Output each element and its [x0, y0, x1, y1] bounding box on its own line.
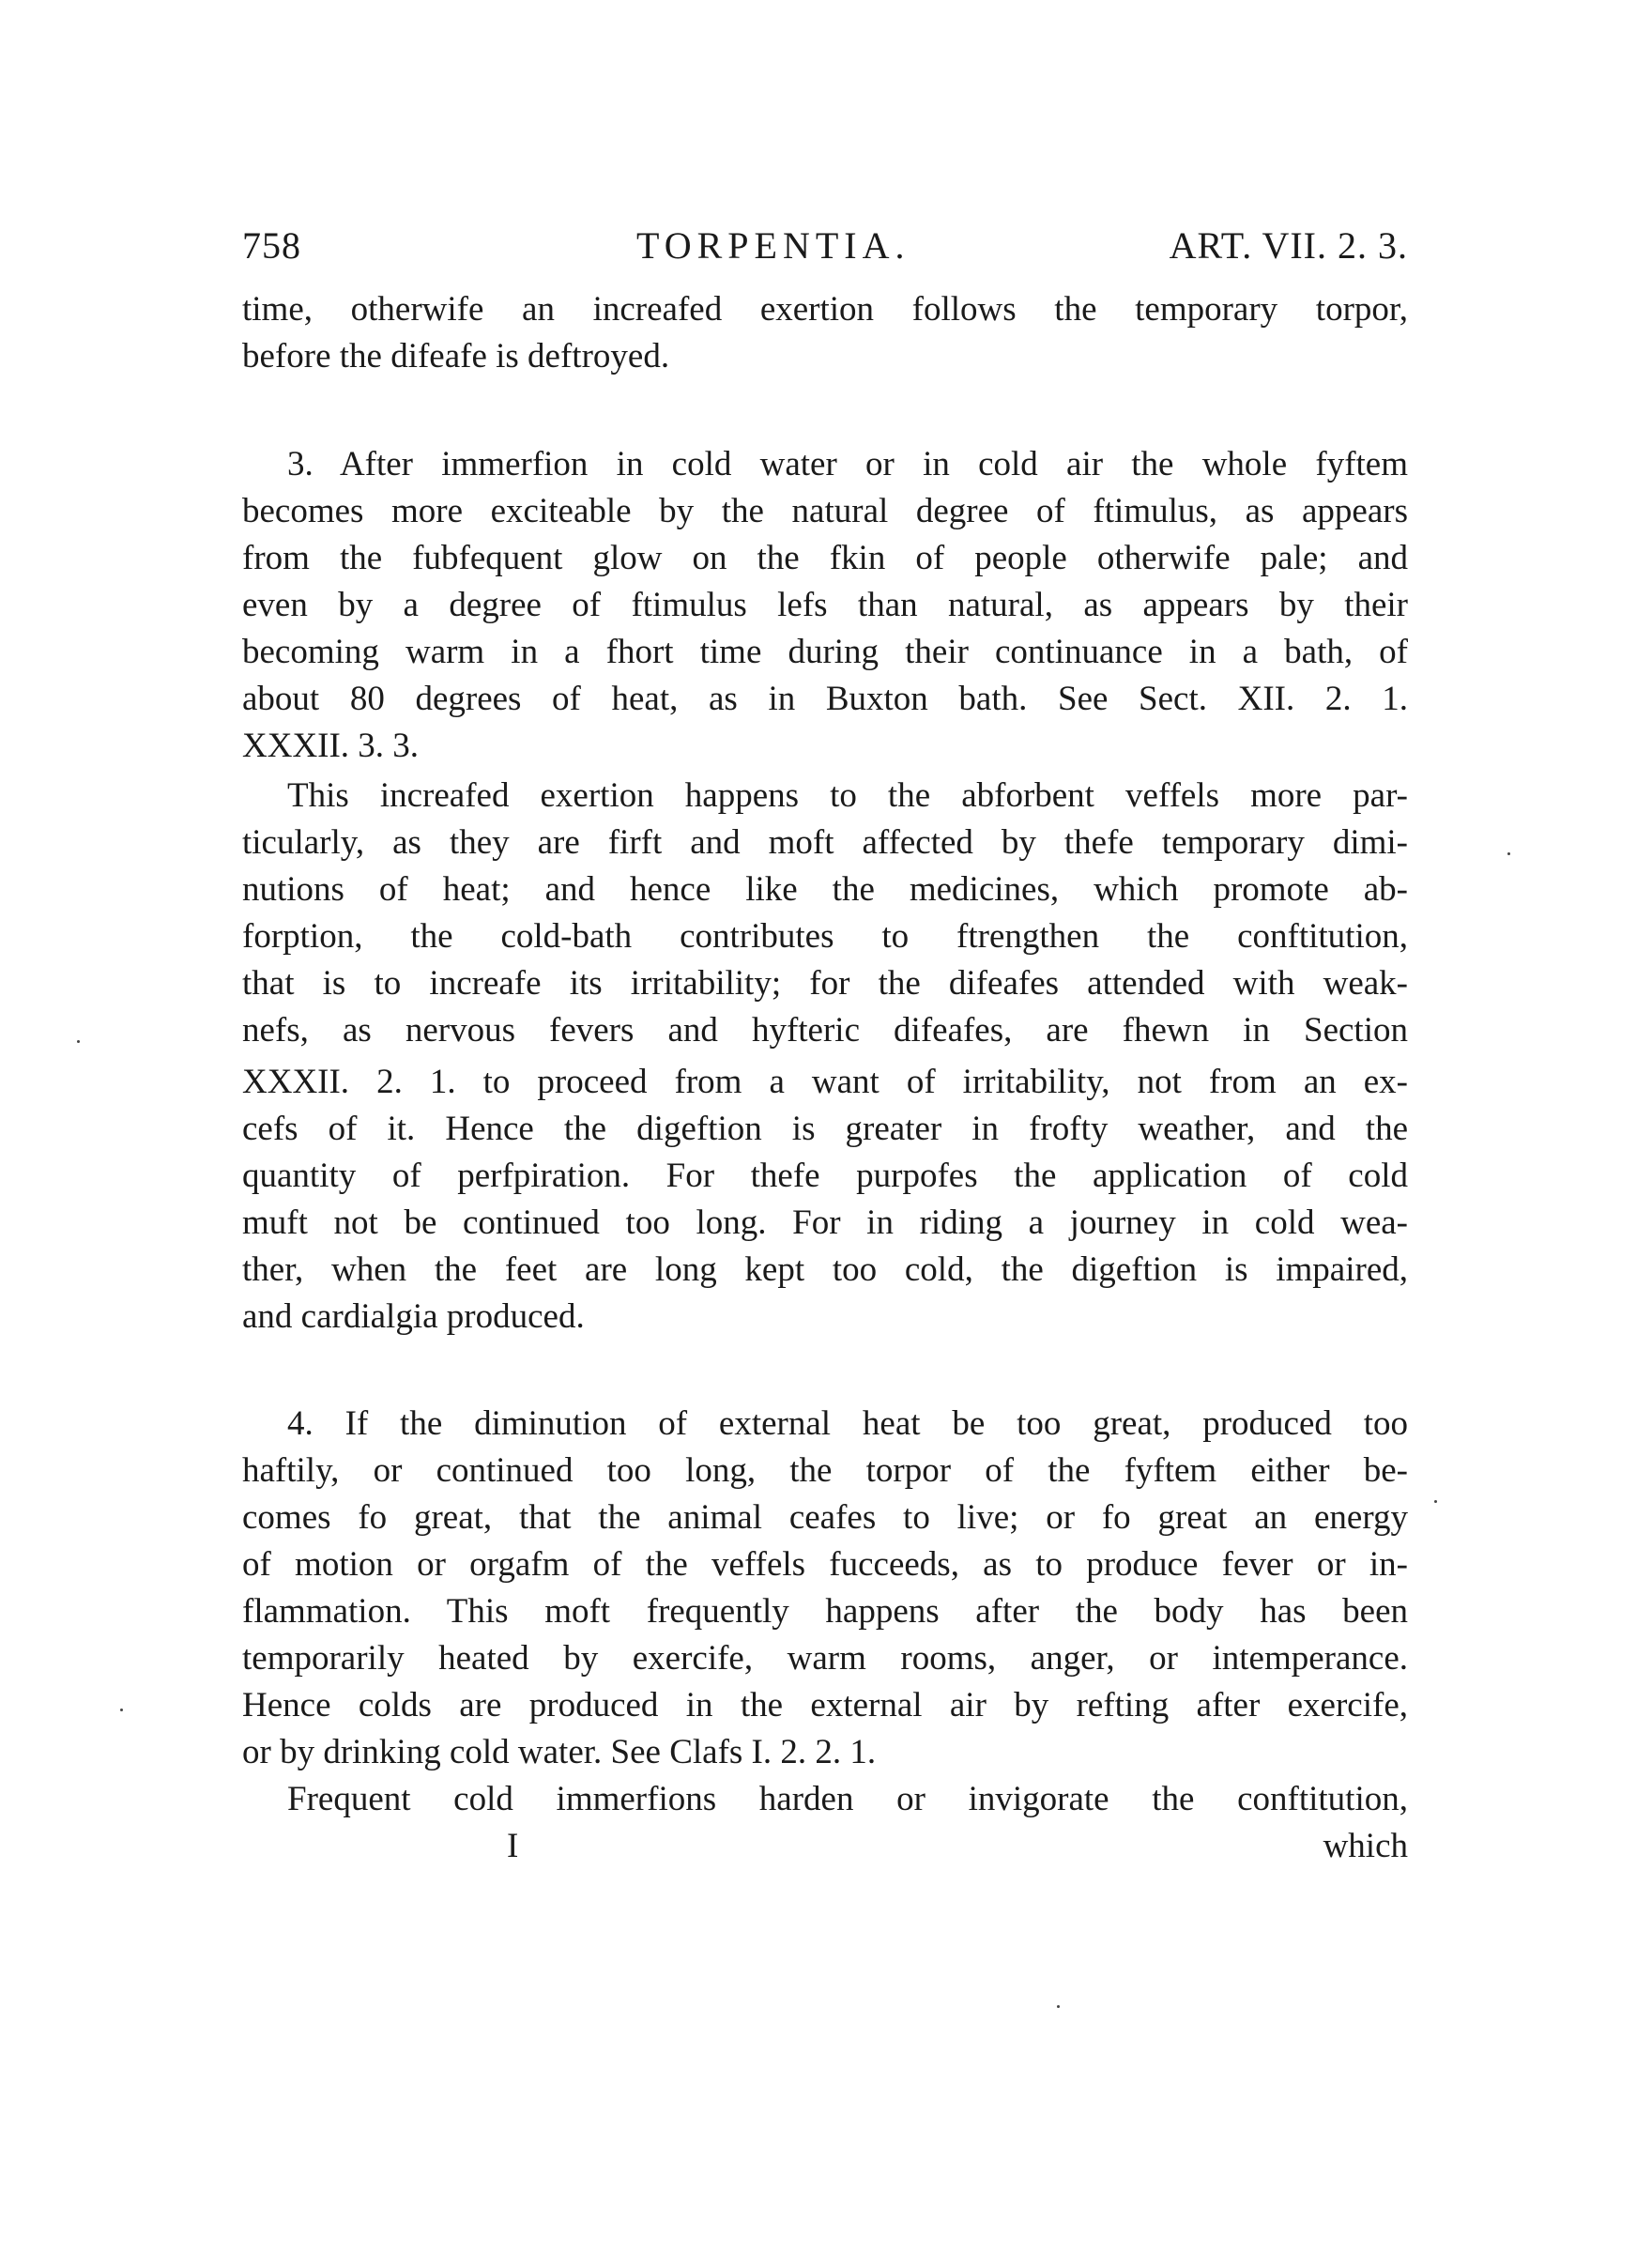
scan-speck [120, 1709, 123, 1711]
text-line: 3. After immerfion in cold water or in c… [242, 441, 1408, 488]
text-line: Hence colds are produced in the external… [242, 1682, 1408, 1729]
text-line: nutions of heat; and hence like the medi… [242, 866, 1408, 913]
text-line: and cardialgia produced. [242, 1294, 1408, 1341]
scan-speck [1507, 852, 1510, 855]
text-line: haftily, or continued too long, the torp… [242, 1448, 1408, 1494]
text-line: forption, the cold-bath contributes to f… [242, 913, 1408, 960]
text-line: XXXII. 3. 3. [242, 723, 1408, 770]
text-line: temporarily heated by exercife, warm roo… [242, 1635, 1408, 1682]
text-line: or by drinking cold water. See Clafs I. … [242, 1729, 1408, 1776]
text-line: ther, when the feet are long kept too co… [242, 1247, 1408, 1294]
text-line: time, otherwife an increafed exertion fo… [242, 286, 1408, 333]
text-line: muft not be continued too long. For in r… [242, 1200, 1408, 1247]
running-title: TORPENTIA. [636, 223, 910, 268]
text-line: that is to increafe its irritability; fo… [242, 960, 1408, 1007]
text-line: quantity of perfpiration. For thefe purp… [242, 1153, 1408, 1200]
text-line: of motion or orgafm of the veffels fucce… [242, 1541, 1408, 1588]
text-line: before the difeafe is deftroyed. [242, 333, 1408, 380]
signature-mark: I [507, 1823, 518, 1870]
text-line: even by a degree of ftimulus lefs than n… [242, 582, 1408, 629]
text-line: XXXII. 2. 1. to proceed from a want of i… [242, 1059, 1408, 1106]
text-line: This increafed exertion happens to the a… [242, 773, 1408, 820]
text-line: cefs of it. Hence the digeftion is great… [242, 1106, 1408, 1153]
page-number: 758 [242, 223, 301, 268]
text-line: ticularly, as they are firft and moft af… [242, 820, 1408, 866]
text-line: becoming warm in a fhort time during the… [242, 629, 1408, 676]
scan-speck [77, 1040, 80, 1043]
text-line: about 80 degrees of heat, as in Buxton b… [242, 676, 1408, 723]
scan-speck [1434, 1500, 1437, 1503]
text-line: flammation. This moft frequently happens… [242, 1588, 1408, 1635]
text-line: Frequent cold immerfions harden or invig… [242, 1776, 1408, 1823]
article-reference: ART. VII. 2. 3. [1170, 223, 1408, 268]
catchword: which [1323, 1823, 1408, 1870]
text-line: comes fo great, that the animal ceafes t… [242, 1494, 1408, 1541]
text-line: 4. If the diminution of external heat be… [242, 1401, 1408, 1448]
text-line: nefs, as nervous fevers and hyfteric dif… [242, 1007, 1408, 1054]
running-head: 758 TORPENTIA. ART. VII. 2. 3. [242, 223, 1408, 280]
scan-speck [1057, 2005, 1060, 2008]
text-line: becomes more exciteable by the natural d… [242, 488, 1408, 535]
text-line: from the fubfequent glow on the fkin of … [242, 535, 1408, 582]
